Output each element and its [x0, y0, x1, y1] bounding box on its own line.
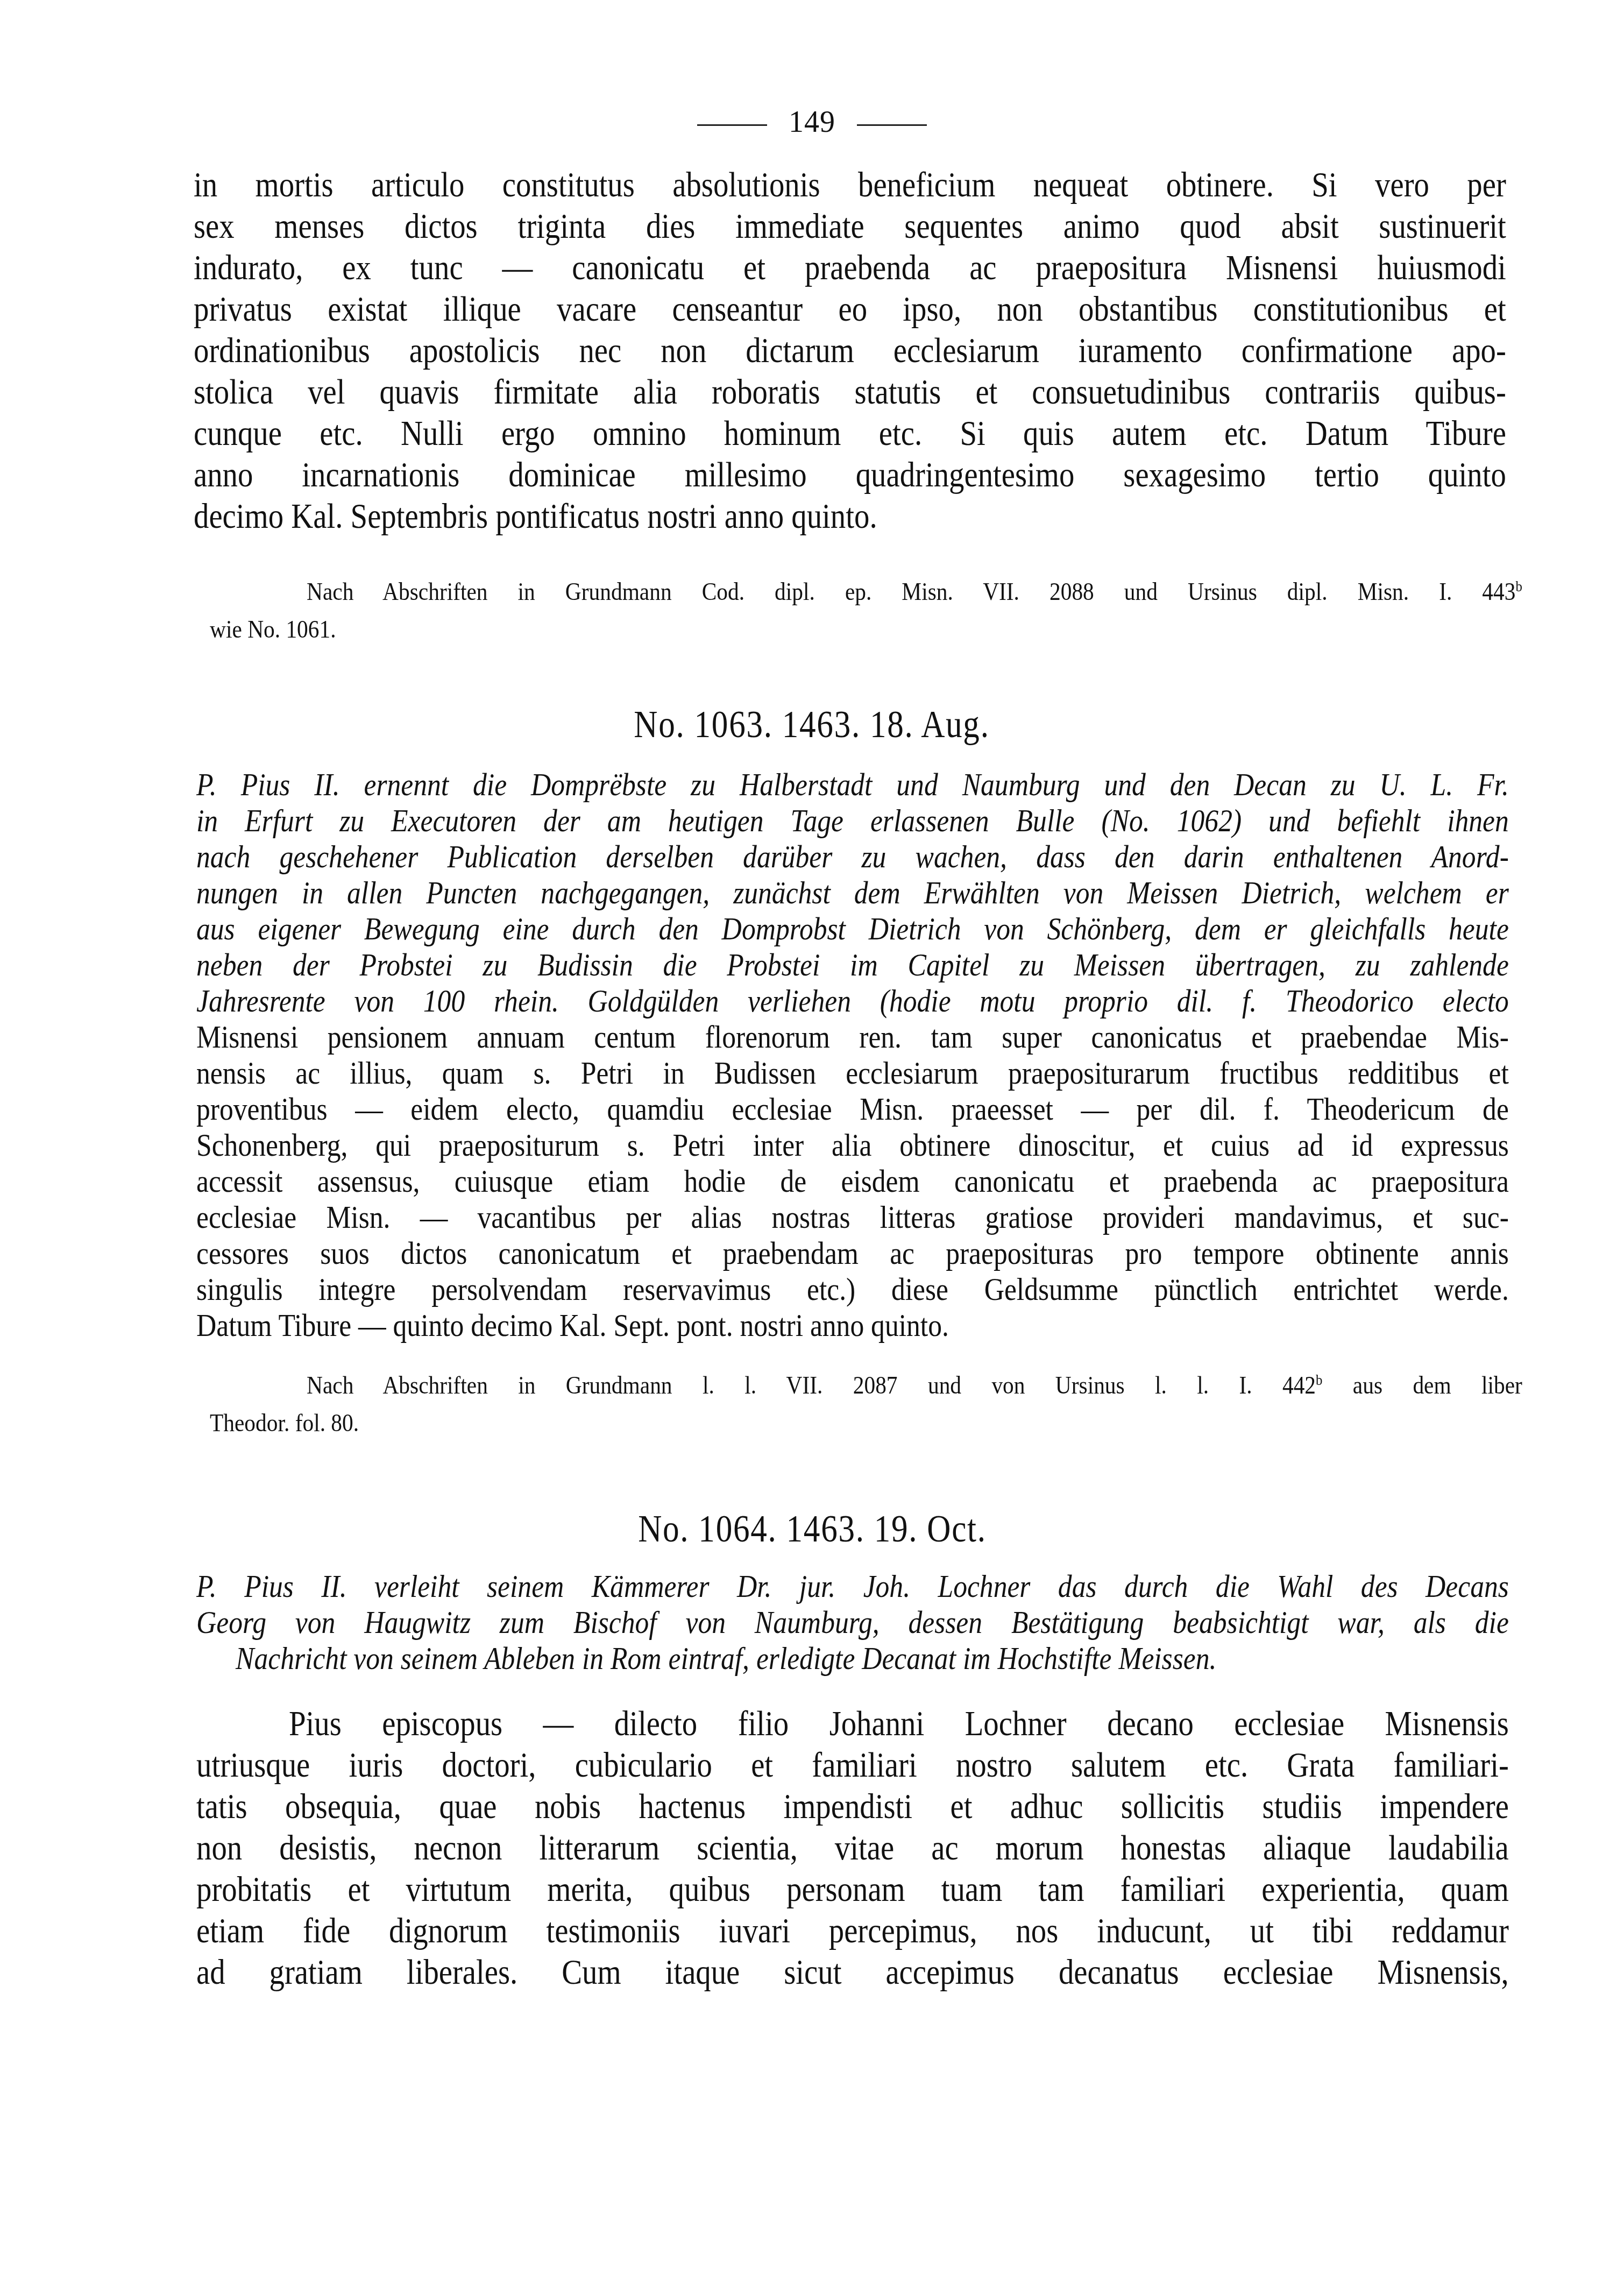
text-line: decimo Kal. Septembris pontificatus nost… — [194, 496, 1506, 537]
entry-body: Pius episcopus — dilecto filio Johanni L… — [196, 1703, 1509, 1993]
text-line: utriusque iuris doctori, cubiculario et … — [196, 1744, 1509, 1786]
summary-line: P. Pius II. verleiht seinem Kämmerer Dr.… — [196, 1568, 1509, 1604]
text-line: ordinationibus apostolicis nec non dicta… — [194, 330, 1506, 371]
summary-line: ecclesiae Misn. — vacantibus per alias n… — [196, 1199, 1509, 1235]
summary-line: neben der Probstei zu Budissin die Probs… — [196, 947, 1509, 983]
summary-line: proventibus — eidem electo, quamdiu eccl… — [196, 1091, 1509, 1127]
superscript: b — [1515, 578, 1522, 595]
summary-line: Nachricht von seinem Ableben in Rom eint… — [196, 1640, 1509, 1677]
text-line: in mortis articulo constitutus absolutio… — [194, 164, 1506, 206]
page-number-text: 149 — [789, 105, 835, 139]
page-number: 149 — [0, 105, 1624, 139]
text-line: anno incarnationis dominicae millesimo q… — [194, 454, 1506, 496]
entry-heading-text: No. 1064. 1463. 19. Oct. — [638, 1507, 987, 1551]
note-line: Nach Abschriften in Grundmann l. l. VII.… — [210, 1367, 1522, 1404]
entry-heading: No. 1064. 1463. 19. Oct. — [0, 1507, 1624, 1551]
summary-line: singulis integre persolvendam reservavim… — [196, 1271, 1509, 1307]
summary-line: cessores suos dictos canonicatum et prae… — [196, 1235, 1509, 1271]
note-line: Nach Abschriften in Grundmann Cod. dipl.… — [210, 573, 1522, 611]
note-text: Nach Abschriften in Grundmann l. l. VII.… — [307, 1371, 1316, 1399]
text-line: cunque etc. Nulli ergo omnino hominum et… — [194, 413, 1506, 454]
entry-heading: No. 1063. 1463. 18. Aug. — [0, 702, 1624, 747]
summary-line: in Erfurt zu Executoren der am heutigen … — [196, 803, 1509, 839]
summary-line: nensis ac illius, quam s. Petri in Budis… — [196, 1055, 1509, 1091]
superscript: b — [1316, 1371, 1322, 1388]
continuation-paragraph: in mortis articulo constitutus absolutio… — [194, 164, 1506, 537]
text-line: sex menses dictos triginta dies immediat… — [194, 206, 1506, 247]
decorative-rule — [697, 124, 767, 126]
text-line: privatus existat illique vacare censeant… — [194, 288, 1506, 330]
text-line: etiam fide dignorum testimoniis iuvari p… — [196, 1910, 1509, 1951]
text-line: stolica vel quavis firmitate alia robora… — [194, 371, 1506, 413]
decorative-rule — [857, 124, 927, 126]
note-text: Nach Abschriften in Grundmann Cod. dipl.… — [307, 578, 1515, 605]
summary-line: nungen in allen Puncten nachgegangen, zu… — [196, 875, 1509, 911]
summary-line: Misnensi pensionem annuam centum floreno… — [196, 1019, 1509, 1055]
note-text: aus dem liber — [1322, 1371, 1522, 1399]
summary-line: Jahresrente von 100 rhein. Goldgülden ve… — [196, 983, 1509, 1019]
summary-line: nach geschehener Publication derselben d… — [196, 839, 1509, 875]
entry-summary: P. Pius II. ernennt die Domprëbste zu Ha… — [196, 767, 1509, 1343]
text-line: non desistis, necnon litterarum scientia… — [196, 1827, 1509, 1869]
note-line: Theodor. fol. 80. — [210, 1404, 1522, 1442]
summary-line: Georg von Haugwitz zum Bischof von Naumb… — [196, 1604, 1509, 1640]
summary-line: Schonenberg, qui praepositurum s. Petri … — [196, 1127, 1509, 1163]
summary-line: accessit assensus, cuiusque etiam hodie … — [196, 1163, 1509, 1199]
summary-line: aus eigener Bewegung eine durch den Domp… — [196, 911, 1509, 947]
summary-line: P. Pius II. ernennt die Domprëbste zu Ha… — [196, 767, 1509, 803]
entry-summary: P. Pius II. verleiht seinem Kämmerer Dr.… — [196, 1568, 1509, 1677]
text-line: probitatis et virtutum merita, quibus pe… — [196, 1869, 1509, 1910]
summary-line: Datum Tibure — quinto decimo Kal. Sept. … — [196, 1307, 1509, 1343]
text-line: tatis obsequia, quae nobis hactenus impe… — [196, 1786, 1509, 1827]
text-line: Pius episcopus — dilecto filio Johanni L… — [196, 1703, 1509, 1744]
note-line: wie No. 1061. — [210, 611, 1522, 648]
source-note: Nach Abschriften in Grundmann Cod. dipl.… — [210, 573, 1522, 648]
text-line: ad gratiam liberales. Cum itaque sicut a… — [196, 1951, 1509, 1993]
entry-heading-text: No. 1063. 1463. 18. Aug. — [634, 702, 990, 747]
source-note: Nach Abschriften in Grundmann l. l. VII.… — [210, 1367, 1522, 1442]
text-line: indurato, ex tunc — canonicatu et praebe… — [194, 247, 1506, 288]
